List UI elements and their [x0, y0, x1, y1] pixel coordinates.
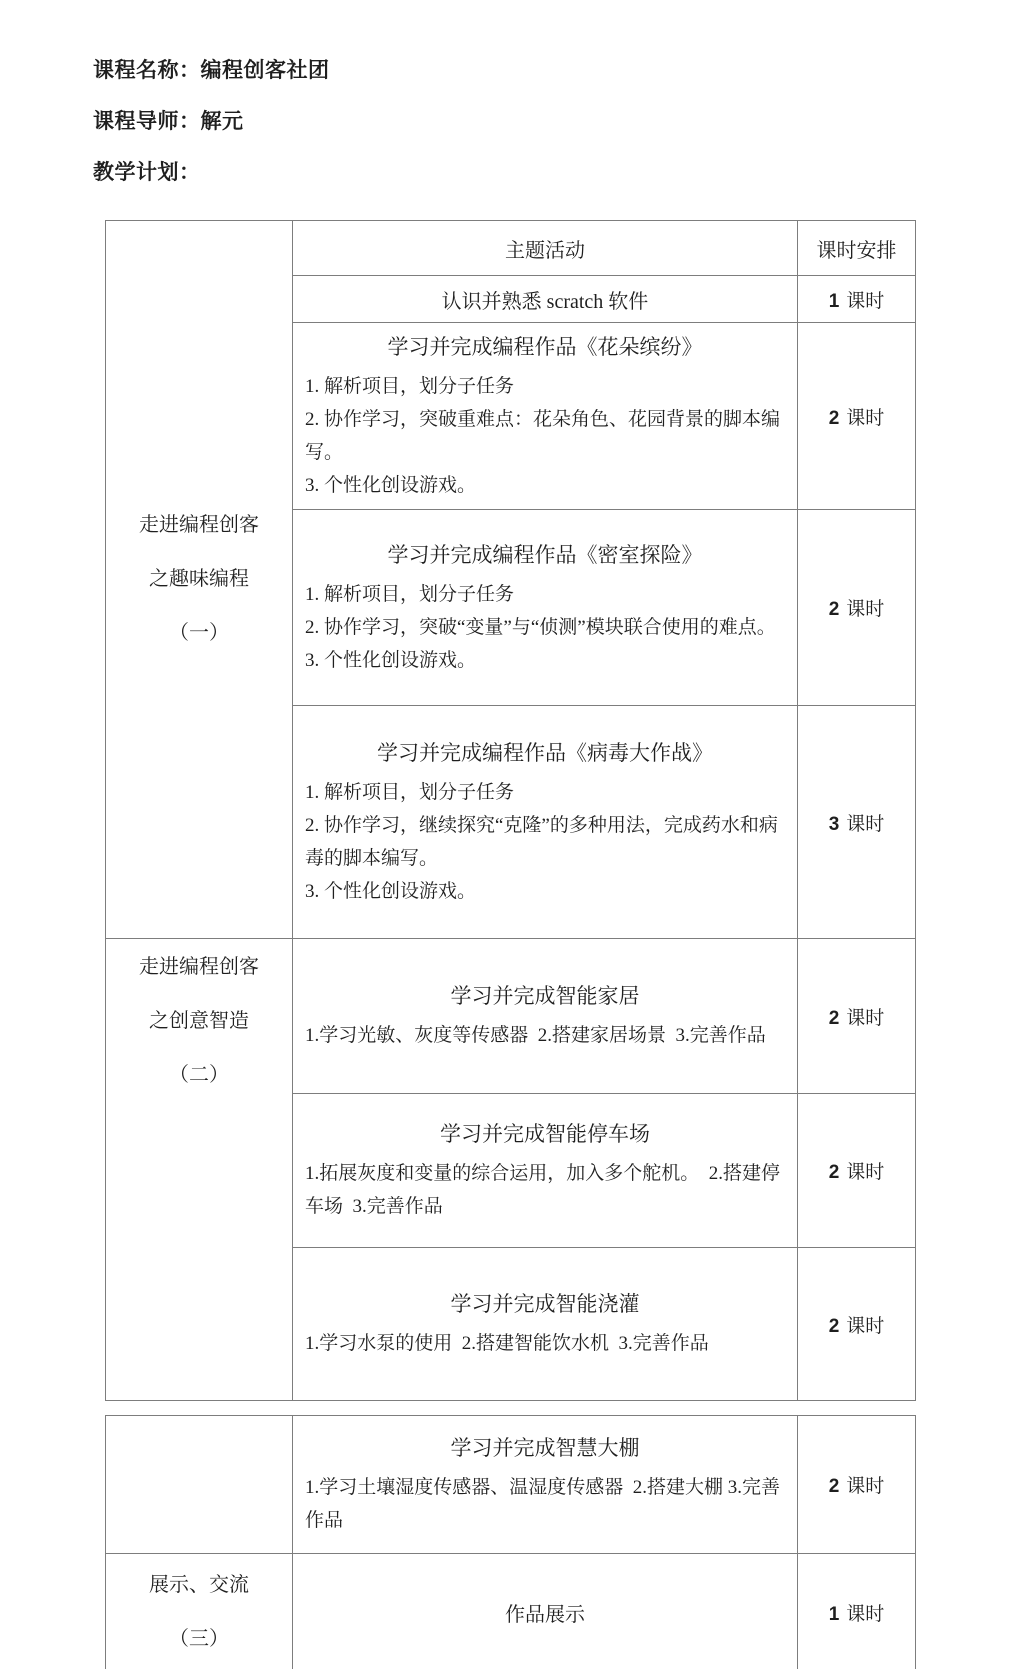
- row-title: 学习并完成智慧大棚: [305, 1432, 785, 1465]
- hours-cell-escape-room: 2课时: [798, 510, 916, 706]
- row-item: 2. 协作学习，继续探究“克隆”的多种用法，完成药水和病毒的脚本编写。: [305, 809, 785, 875]
- table-row-showcase: 展示、交流 （三） 作品展示 1课时: [106, 1554, 916, 1669]
- row-item: 1.学习光敏、灰度等传感器 2.搭建家居场景 3.完善作品: [305, 1019, 785, 1052]
- row-item: 3. 个性化创设游戏。: [305, 644, 785, 677]
- row-title-showcase: 作品展示: [293, 1554, 798, 1669]
- hours-unit: 课时: [846, 408, 884, 429]
- hours-header-cell: 课时安排: [798, 221, 916, 276]
- hours-number: 1: [829, 1604, 840, 1625]
- hours-cell-showcase: 1课时: [798, 1554, 916, 1669]
- teaching-plan-label: 教学计划：: [93, 158, 1024, 186]
- topic-cell-virus-battle: 学习并完成编程作品《病毒大作战》 1. 解析项目，划分子任务 2. 协作学习，继…: [293, 706, 798, 939]
- group2-line3: （二）: [106, 1061, 292, 1090]
- group-cell-unit1: 走进编程创客 之趣味编程 （一）: [106, 221, 293, 939]
- hours-cell-greenhouse: 2课时: [798, 1416, 916, 1554]
- group-cell-empty: [106, 1416, 293, 1554]
- hours-unit: 课时: [846, 814, 884, 835]
- teaching-plan-table-2: 学习并完成智慧大棚 1.学习土壤湿度传感器、温湿度传感器 2.搭建大棚 3.完善…: [105, 1415, 916, 1669]
- table-row-smart-home: 走进编程创客 之创意智造 （二） 学习并完成智能家居 1.学习光敏、灰度等传感器…: [106, 939, 916, 1094]
- topic-cell-irrigation: 学习并完成智能浇灌 1.学习水泵的使用 2.搭建智能饮水机 3.完善作品: [293, 1248, 798, 1401]
- row-item: 1.拓展灰度和变量的综合运用，加入多个舵机。 2.搭建停车场 3.完善作品: [305, 1157, 785, 1223]
- row-item: 1. 解析项目，划分子任务: [305, 776, 785, 809]
- row-item: 2. 协作学习，突破重难点：花朵角色、花园背景的脚本编写。: [305, 403, 785, 469]
- hours-number: 2: [829, 1476, 840, 1497]
- doc-header: 课程名称：编程创客社团 课程导师：解元 教学计划：: [0, 0, 1024, 186]
- table-row-greenhouse: 学习并完成智慧大棚 1.学习土壤湿度传感器、温湿度传感器 2.搭建大棚 3.完善…: [106, 1416, 916, 1554]
- hours-unit: 课时: [846, 1604, 884, 1625]
- hours-number: 3: [829, 814, 840, 835]
- hours-number: 2: [829, 1008, 840, 1029]
- topic-cell-parking-lot: 学习并完成智能停车场 1.拓展灰度和变量的综合运用，加入多个舵机。 2.搭建停车…: [293, 1094, 798, 1248]
- group3-line1: 展示、交流: [106, 1571, 292, 1600]
- row-item: 1. 解析项目，划分子任务: [305, 578, 785, 611]
- document-page: 课程名称：编程创客社团 课程导师：解元 教学计划： 走进编程创客 之趣味编程 （…: [0, 0, 1024, 1669]
- hours-cell-scratch: 1课时: [798, 276, 916, 323]
- topic-cell-smart-home: 学习并完成智能家居 1.学习光敏、灰度等传感器 2.搭建家居场景 3.完善作品: [293, 939, 798, 1094]
- group-cell-unit2: 走进编程创客 之创意智造 （二）: [106, 939, 293, 1401]
- hours-number: 1: [829, 291, 840, 312]
- instructor-line: 课程导师：解元: [93, 107, 1024, 135]
- course-name-line: 课程名称：编程创客社团: [93, 56, 1024, 84]
- hours-unit: 课时: [846, 291, 884, 312]
- hours-unit: 课时: [846, 1162, 884, 1183]
- row-item: 1.学习水泵的使用 2.搭建智能饮水机 3.完善作品: [305, 1327, 785, 1360]
- hours-number: 2: [829, 408, 840, 429]
- row-title: 学习并完成智能停车场: [305, 1118, 785, 1151]
- group1-line2: 之趣味编程: [106, 565, 292, 594]
- hours-unit: 课时: [846, 1476, 884, 1497]
- hours-number: 2: [829, 1316, 840, 1337]
- group2-line2: 之创意智造: [106, 1007, 292, 1036]
- group1-line1: 走进编程创客: [106, 511, 292, 540]
- row-item: 1.学习土壤湿度传感器、温湿度传感器 2.搭建大棚 3.完善作品: [305, 1471, 785, 1537]
- topic-cell-greenhouse: 学习并完成智慧大棚 1.学习土壤湿度传感器、温湿度传感器 2.搭建大棚 3.完善…: [293, 1416, 798, 1554]
- row-title: 学习并完成智能浇灌: [305, 1288, 785, 1321]
- hours-unit: 课时: [846, 1316, 884, 1337]
- row-item: 3. 个性化创设游戏。: [305, 875, 785, 908]
- topic-cell-flowers: 学习并完成编程作品《花朵缤纷》 1. 解析项目，划分子任务 2. 协作学习，突破…: [293, 323, 798, 510]
- row-title: 学习并完成编程作品《花朵缤纷》: [305, 331, 785, 364]
- hours-unit: 课时: [846, 1008, 884, 1029]
- group1-line3: （一）: [106, 619, 292, 648]
- row-item: 3. 个性化创设游戏。: [305, 469, 785, 502]
- group3-line2: （三）: [106, 1625, 292, 1654]
- row-item: 2. 协作学习，突破“变量”与“侦测”模块联合使用的难点。: [305, 611, 785, 644]
- hours-number: 2: [829, 599, 840, 620]
- table1-header-row: 走进编程创客 之趣味编程 （一） 主题活动 课时安排: [106, 221, 916, 276]
- row-title: 学习并完成编程作品《病毒大作战》: [305, 737, 785, 770]
- hours-number: 2: [829, 1162, 840, 1183]
- teaching-plan-table-1: 走进编程创客 之趣味编程 （一） 主题活动 课时安排 认识并熟悉 scratch…: [105, 220, 916, 1401]
- hours-cell-virus-battle: 3课时: [798, 706, 916, 939]
- hours-cell-irrigation: 2课时: [798, 1248, 916, 1401]
- hours-cell-parking-lot: 2课时: [798, 1094, 916, 1248]
- topic-cell-escape-room: 学习并完成编程作品《密室探险》 1. 解析项目，划分子任务 2. 协作学习，突破…: [293, 510, 798, 706]
- hours-cell-flowers: 2课时: [798, 323, 916, 510]
- hours-unit: 课时: [846, 599, 884, 620]
- group2-line1: 走进编程创客: [106, 953, 292, 982]
- topic-header-cell: 主题活动: [293, 221, 798, 276]
- row-title: 学习并完成编程作品《密室探险》: [305, 539, 785, 572]
- hours-cell-smart-home: 2课时: [798, 939, 916, 1094]
- row-title-scratch: 认识并熟悉 scratch 软件: [293, 276, 798, 323]
- row-title: 学习并完成智能家居: [305, 980, 785, 1013]
- row-item: 1. 解析项目，划分子任务: [305, 370, 785, 403]
- group-cell-unit3: 展示、交流 （三）: [106, 1554, 293, 1669]
